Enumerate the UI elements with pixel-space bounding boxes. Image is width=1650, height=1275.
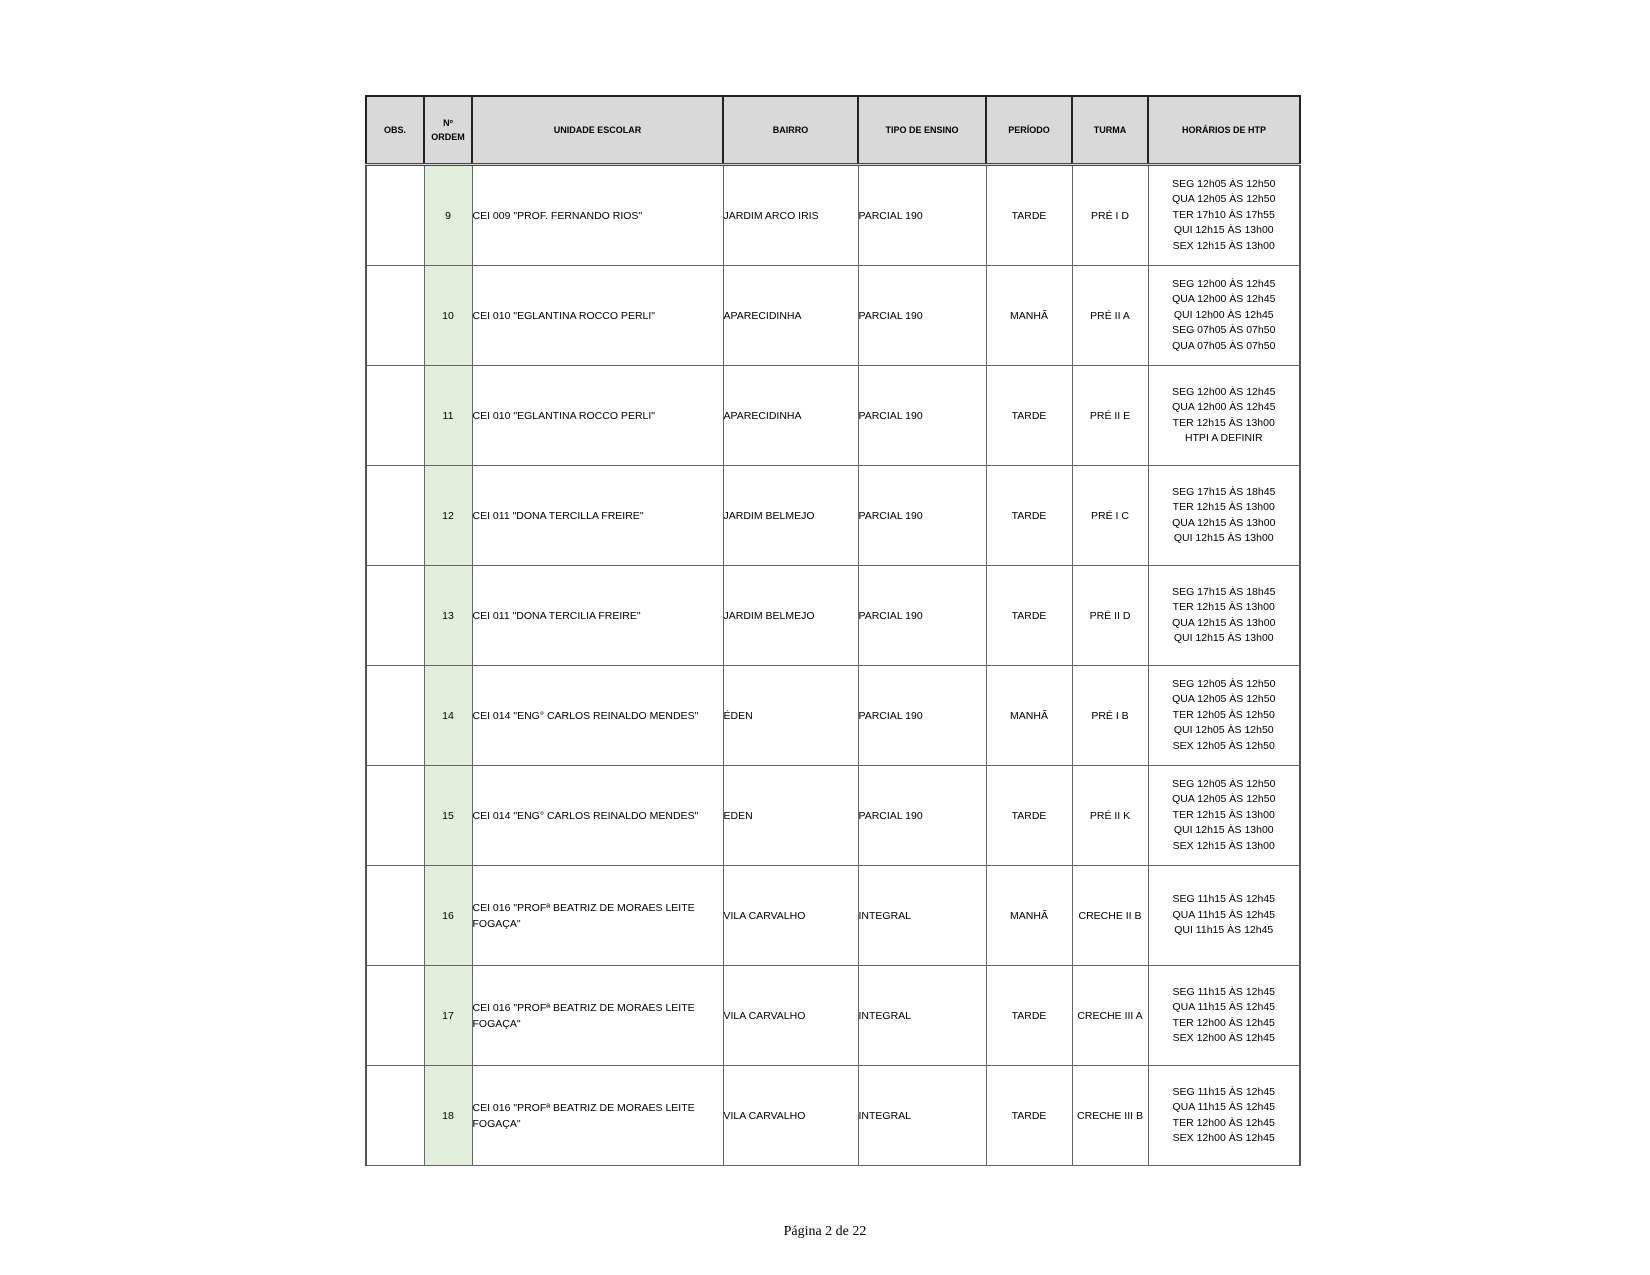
- header-tipo: TIPO DE ENSINO: [858, 96, 986, 165]
- cell-horarios: SEG 17h15 ÀS 18h45TER 12h15 ÀS 13h00QUA …: [1148, 466, 1300, 566]
- htp-time-line: TER 12h15 ÀS 13h00: [1149, 600, 1300, 616]
- cell-periodo: MANHÃ: [986, 866, 1072, 966]
- htp-time-line: QUI 12h00 ÀS 12h45: [1149, 308, 1300, 324]
- cell-turma: PRÉ II A: [1072, 266, 1148, 366]
- cell-ordem: 14: [424, 666, 472, 766]
- cell-unidade: CEI 016 "PROFª BEATRIZ DE MORAES LEITE F…: [472, 1066, 723, 1166]
- cell-tipo: PARCIAL 190: [858, 366, 986, 466]
- htp-time-line: QUI 12h15 ÀS 13h00: [1149, 823, 1300, 839]
- htp-time-line: QUA 12h15 ÀS 13h00: [1149, 616, 1300, 632]
- cell-horarios: SEG 12h05 ÀS 12h50QUA 12h05 ÀS 12h50TER …: [1148, 165, 1300, 266]
- htp-time-line: SEG 17h15 ÀS 18h45: [1149, 485, 1300, 501]
- cell-turma: PRÉ II K: [1072, 766, 1148, 866]
- cell-ordem: 12: [424, 466, 472, 566]
- table-row: 9 CEI 009 "PROF. FERNANDO RIOS" JARDIM A…: [366, 165, 1300, 266]
- header-unidade: UNIDADE ESCOLAR: [472, 96, 723, 165]
- cell-ordem: 9: [424, 165, 472, 266]
- htp-time-line: QUA 12h15 ÀS 13h00: [1149, 516, 1300, 532]
- cell-turma: PRÉ I C: [1072, 466, 1148, 566]
- cell-obs: [366, 366, 424, 466]
- header-horarios: HORÁRIOS DE HTP: [1148, 96, 1300, 165]
- cell-unidade: CEI 011 "DONA TERCILLA FREIRE": [472, 466, 723, 566]
- header-ordem: Nº ORDEM: [424, 96, 472, 165]
- cell-obs: [366, 766, 424, 866]
- cell-turma: PRÉ I D: [1072, 165, 1148, 266]
- cell-tipo: INTEGRAL: [858, 1066, 986, 1166]
- htp-time-line: TER 12h05 ÀS 12h50: [1149, 708, 1300, 724]
- cell-unidade: CEI 014 "ENG° CARLOS REINALDO MENDES": [472, 766, 723, 866]
- cell-bairro: ÉDEN: [723, 666, 858, 766]
- htp-time-line: SEG 11h15 ÀS 12h45: [1149, 985, 1300, 1001]
- cell-turma: CRECHE II B: [1072, 866, 1148, 966]
- header-bairro: BAIRRO: [723, 96, 858, 165]
- cell-horarios: SEG 11h15 ÀS 12h45QUA 11h15 ÀS 12h45QUI …: [1148, 866, 1300, 966]
- htp-time-line: SEG 12h00 ÀS 12h45: [1149, 385, 1300, 401]
- htp-time-line: SEG 12h05 ÀS 12h50: [1149, 177, 1300, 193]
- htp-time-line: QUA 12h00 ÀS 12h45: [1149, 400, 1300, 416]
- table-row: 10 CEI 010 "EGLANTINA ROCCO PERLI" APARE…: [366, 266, 1300, 366]
- htp-time-line: SEX 12h15 ÀS 13h00: [1149, 839, 1300, 855]
- cell-horarios: SEG 12h00 ÀS 12h45QUA 12h00 ÀS 12h45TER …: [1148, 366, 1300, 466]
- cell-ordem: 16: [424, 866, 472, 966]
- cell-turma: CRECHE III B: [1072, 1066, 1148, 1166]
- cell-turma: PRÉ I B: [1072, 666, 1148, 766]
- htp-time-line: TER 12h15 ÀS 13h00: [1149, 500, 1300, 516]
- cell-bairro: JARDIM ARCO IRIS: [723, 165, 858, 266]
- cell-horarios: SEG 12h05 ÀS 12h50QUA 12h05 ÀS 12h50TER …: [1148, 766, 1300, 866]
- table-header-row: OBS. Nº ORDEM UNIDADE ESCOLAR BAIRRO TIP…: [366, 96, 1300, 165]
- page-number: Página 2 de 22: [0, 1224, 1650, 1240]
- cell-bairro: APARECIDINHA: [723, 266, 858, 366]
- table-body: 9 CEI 009 "PROF. FERNANDO RIOS" JARDIM A…: [366, 165, 1300, 1166]
- table-row: 17 CEI 016 "PROFª BEATRIZ DE MORAES LEIT…: [366, 966, 1300, 1066]
- cell-tipo: PARCIAL 190: [858, 566, 986, 666]
- table-row: 15 CEI 014 "ENG° CARLOS REINALDO MENDES"…: [366, 766, 1300, 866]
- cell-periodo: TARDE: [986, 1066, 1072, 1166]
- table-row: 12 CEI 011 "DONA TERCILLA FREIRE" JARDIM…: [366, 466, 1300, 566]
- cell-unidade: CEI 016 "PROFª BEATRIZ DE MORAES LEITE F…: [472, 966, 723, 1066]
- table-row: 14 CEI 014 "ENG° CARLOS REINALDO MENDES"…: [366, 666, 1300, 766]
- htp-time-line: TER 17h10 ÀS 17h55: [1149, 208, 1300, 224]
- cell-periodo: TARDE: [986, 566, 1072, 666]
- cell-unidade: CEI 011 "DONA TERCILIA FREIRE": [472, 566, 723, 666]
- cell-periodo: TARDE: [986, 766, 1072, 866]
- htp-time-line: SEG 17h15 ÀS 18h45: [1149, 585, 1300, 601]
- cell-bairro: VILA CARVALHO: [723, 1066, 858, 1166]
- table-row: 16 CEI 016 "PROFª BEATRIZ DE MORAES LEIT…: [366, 866, 1300, 966]
- cell-ordem: 17: [424, 966, 472, 1066]
- cell-tipo: PARCIAL 190: [858, 766, 986, 866]
- htp-time-line: QUI 12h15 ÀS 13h00: [1149, 223, 1300, 239]
- htp-time-line: QUA 12h05 ÀS 12h50: [1149, 692, 1300, 708]
- cell-periodo: TARDE: [986, 165, 1072, 266]
- table-row: 11 CEI 010 "EGLANTINA ROCCO PERLI" APARE…: [366, 366, 1300, 466]
- htp-time-line: QUI 12h15 ÀS 13h00: [1149, 531, 1300, 547]
- htp-schedule-table: OBS. Nº ORDEM UNIDADE ESCOLAR BAIRRO TIP…: [365, 95, 1301, 1166]
- cell-turma: PRÉ II D: [1072, 566, 1148, 666]
- htp-time-line: QUI 12h05 ÀS 12h50: [1149, 723, 1300, 739]
- cell-bairro: APARECIDINHA: [723, 366, 858, 466]
- htp-time-line: QUA 07h05 ÀS 07h50: [1149, 339, 1300, 355]
- cell-obs: [366, 966, 424, 1066]
- htp-time-line: SEG 12h00 ÀS 12h45: [1149, 277, 1300, 293]
- cell-obs: [366, 566, 424, 666]
- header-ordem-line2: ORDEM: [425, 130, 471, 144]
- htp-time-line: QUA 12h00 ÀS 12h45: [1149, 292, 1300, 308]
- cell-bairro: EDEN: [723, 766, 858, 866]
- htp-time-line: QUI 12h15 ÀS 13h00: [1149, 631, 1300, 647]
- cell-unidade: CEI 016 "PROFª BEATRIZ DE MORAES LEITE F…: [472, 866, 723, 966]
- htp-time-line: SEG 12h05 ÀS 12h50: [1149, 777, 1300, 793]
- cell-periodo: TARDE: [986, 366, 1072, 466]
- htp-time-line: TER 12h15 ÀS 13h00: [1149, 808, 1300, 824]
- cell-obs: [366, 1066, 424, 1166]
- header-turma: TURMA: [1072, 96, 1148, 165]
- cell-obs: [366, 165, 424, 266]
- cell-ordem: 15: [424, 766, 472, 866]
- cell-horarios: SEG 17h15 ÀS 18h45TER 12h15 ÀS 13h00QUA …: [1148, 566, 1300, 666]
- cell-tipo: INTEGRAL: [858, 866, 986, 966]
- cell-tipo: INTEGRAL: [858, 966, 986, 1066]
- cell-obs: [366, 266, 424, 366]
- htp-time-line: SEG 11h15 ÀS 12h45: [1149, 892, 1300, 908]
- header-periodo: PERÍODO: [986, 96, 1072, 165]
- cell-periodo: TARDE: [986, 466, 1072, 566]
- cell-obs: [366, 466, 424, 566]
- cell-horarios: SEG 11h15 ÀS 12h45QUA 11h15 ÀS 12h45TER …: [1148, 966, 1300, 1066]
- header-obs: OBS.: [366, 96, 424, 165]
- htp-time-line: TER 12h00 ÀS 12h45: [1149, 1016, 1300, 1032]
- cell-horarios: SEG 11h15 ÀS 12h45QUA 11h15 ÀS 12h45TER …: [1148, 1066, 1300, 1166]
- htp-time-line: QUA 12h05 ÀS 12h50: [1149, 792, 1300, 808]
- cell-bairro: JARDIM BELMEJO: [723, 566, 858, 666]
- htp-time-line: SEX 12h05 ÀS 12h50: [1149, 739, 1300, 755]
- cell-tipo: PARCIAL 190: [858, 466, 986, 566]
- htp-time-line: TER 12h00 ÀS 12h45: [1149, 1116, 1300, 1132]
- htp-time-line: QUA 11h15 ÀS 12h45: [1149, 1000, 1300, 1016]
- cell-unidade: CEI 010 "EGLANTINA ROCCO PERLI": [472, 366, 723, 466]
- htp-time-line: QUA 12h05 ÀS 12h50: [1149, 192, 1300, 208]
- cell-ordem: 10: [424, 266, 472, 366]
- cell-horarios: SEG 12h00 ÀS 12h45QUA 12h00 ÀS 12h45QUI …: [1148, 266, 1300, 366]
- cell-unidade: CEI 009 "PROF. FERNANDO RIOS": [472, 165, 723, 266]
- table-row: 18 CEI 016 "PROFª BEATRIZ DE MORAES LEIT…: [366, 1066, 1300, 1166]
- cell-obs: [366, 666, 424, 766]
- header-ordem-line1: Nº: [425, 116, 471, 130]
- cell-bairro: VILA CARVALHO: [723, 966, 858, 1066]
- cell-bairro: JARDIM BELMEJO: [723, 466, 858, 566]
- cell-bairro: VILA CARVALHO: [723, 866, 858, 966]
- cell-obs: [366, 866, 424, 966]
- cell-periodo: MANHÃ: [986, 666, 1072, 766]
- cell-ordem: 13: [424, 566, 472, 666]
- cell-tipo: PARCIAL 190: [858, 165, 986, 266]
- htp-time-line: SEX 12h15 ÀS 13h00: [1149, 239, 1300, 255]
- htp-time-line: SEG 07h05 ÀS 07h50: [1149, 323, 1300, 339]
- cell-turma: CRECHE III A: [1072, 966, 1148, 1066]
- cell-ordem: 11: [424, 366, 472, 466]
- htp-time-line: QUA 11h15 ÀS 12h45: [1149, 908, 1300, 924]
- htp-time-line: SEX 12h00 ÀS 12h45: [1149, 1131, 1300, 1147]
- cell-periodo: MANHÃ: [986, 266, 1072, 366]
- htp-time-line: QUA 11h15 ÀS 12h45: [1149, 1100, 1300, 1116]
- cell-unidade: CEI 010 "EGLANTINA ROCCO PERLI": [472, 266, 723, 366]
- cell-horarios: SEG 12h05 ÀS 12h50QUA 12h05 ÀS 12h50TER …: [1148, 666, 1300, 766]
- cell-ordem: 18: [424, 1066, 472, 1166]
- htp-time-line: SEG 12h05 ÀS 12h50: [1149, 677, 1300, 693]
- cell-tipo: PARCIAL 190: [858, 266, 986, 366]
- cell-turma: PRÉ II E: [1072, 366, 1148, 466]
- table-row: 13 CEI 011 "DONA TERCILIA FREIRE" JARDIM…: [366, 566, 1300, 666]
- htp-time-line: SEX 12h00 ÀS 12h45: [1149, 1031, 1300, 1047]
- cell-tipo: PARCIAL 190: [858, 666, 986, 766]
- htp-time-line: HTPI A DEFINIR: [1149, 431, 1300, 447]
- htp-time-line: SEG 11h15 ÀS 12h45: [1149, 1085, 1300, 1101]
- cell-periodo: TARDE: [986, 966, 1072, 1066]
- cell-unidade: CEI 014 "ENG° CARLOS REINALDO MENDES": [472, 666, 723, 766]
- htp-time-line: QUI 11h15 ÀS 12h45: [1149, 923, 1300, 939]
- htp-time-line: TER 12h15 ÀS 13h00: [1149, 416, 1300, 432]
